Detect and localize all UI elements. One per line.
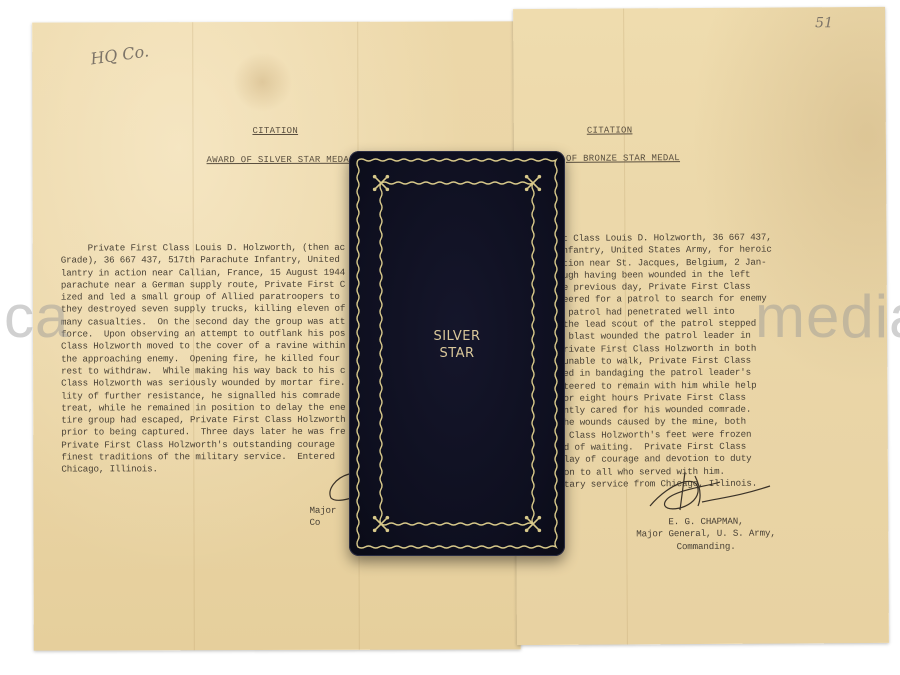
silver-star-medal-case: SILVER STAR — [349, 151, 565, 556]
paper-stain — [232, 52, 292, 112]
signature-rank: Major — [309, 505, 336, 516]
signature-block: Major Co — [309, 505, 336, 530]
signature-scrawl — [640, 462, 780, 522]
case-label-line1: SILVER — [349, 328, 565, 345]
citation-body-text: t Class Louis D. Holzworth, 36 667 437, … — [562, 232, 773, 492]
case-label: SILVER STAR — [349, 328, 565, 362]
handwritten-note: HQ Co. — [89, 41, 150, 68]
signature-title: Co — [309, 517, 320, 528]
signer-rank: Major General, U. S. Army, — [636, 528, 776, 540]
watermark-right: media — [755, 282, 900, 351]
case-label-line2: STAR — [349, 345, 565, 362]
citation-subheading: AWARD OF SILVER STAR MEDAL — [207, 155, 355, 165]
signer-title: Commanding. — [677, 540, 736, 551]
citation-subheading: OF BRONZE STAR MEDAL — [566, 153, 680, 164]
citation-body-text: Private First Class Louis D. Holzworth, … — [61, 242, 346, 476]
watermark-left: ca — [4, 282, 69, 351]
citation-heading: CITATION — [587, 125, 633, 135]
page-number: 51 — [815, 15, 833, 31]
citation-heading: CITATION — [252, 126, 298, 136]
